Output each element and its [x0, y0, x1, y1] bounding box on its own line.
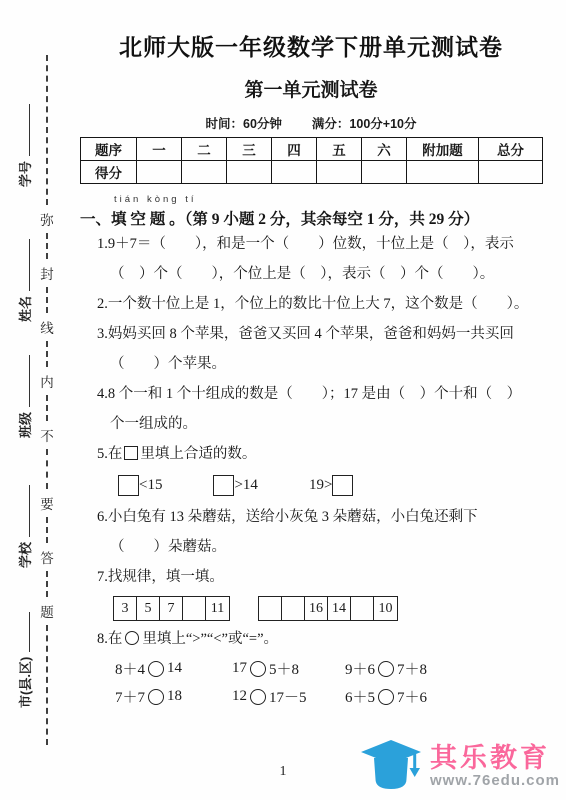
seal-char: 答 — [40, 547, 54, 567]
expression: 8＋414 — [115, 658, 232, 679]
compare-circle — [250, 689, 266, 705]
question-4-line2: 个一组成的。 — [97, 409, 542, 439]
expr-left: 8＋4 — [115, 658, 145, 679]
question-7-text: 7.找规律，填一填。 — [97, 569, 224, 585]
question-3-line1: 3.妈妈买回 8 个苹果，爸爸又买回 4 个苹果，爸爸和妈妈一共买回 — [97, 326, 514, 342]
score-header-cell: 二 — [182, 138, 227, 161]
question-2: 2.一个数十位上是 1，个位上的数比十位上大 7，这个数是（ ）。 — [80, 289, 542, 319]
class-label: 班级 — [15, 412, 34, 438]
seal-dash — [46, 395, 48, 421]
seal-dash — [46, 449, 48, 489]
student-id-blank-line — [18, 104, 30, 156]
test-paper-page: 学号 姓名 班级 学校 市(县.区) 弥 封 线 内 不 要 答 题 北师大版一… — [0, 0, 566, 800]
seal-char: 题 — [40, 601, 54, 621]
question-6-line1: 6.小白兔有 13 朵蘑菇，送给小灰兔 3 朵蘑菇，小白兔还剩下 — [97, 509, 478, 525]
question-8-expressions: 8＋414 175＋8 9＋67＋8 7＋718 1217－5 6＋57＋6 — [80, 658, 542, 707]
question-1-line1: 1.9＋7＝（ ），和是一个（ ）位数，十位上是（ ），表示 — [97, 236, 514, 252]
student-id-label: 学号 — [15, 161, 34, 187]
score-empty-cell — [227, 161, 272, 184]
question-8: 8.在里填上“>”“<”或“=”。 — [80, 624, 542, 654]
number-strip-2: 16 14 10 — [258, 596, 398, 621]
number-strip-1: 3 5 7 11 — [113, 596, 230, 621]
graduation-cap-icon — [359, 738, 425, 794]
seal-dash — [46, 517, 48, 543]
score-empty-cell — [272, 161, 317, 184]
expr-right: 17－5 — [269, 686, 307, 707]
score-empty-cell — [137, 161, 182, 184]
seal-char: 要 — [40, 493, 54, 513]
strip-cell — [259, 597, 282, 620]
section-one-heading-text: 一、填 空 题 。（第 9 小题 2 分，其余每空 1 分，共 29 分） — [80, 211, 479, 228]
score-table-score-row: 得分 — [81, 161, 543, 184]
question-8-pre: 8.在 — [97, 631, 122, 647]
expr-right: 5＋8 — [269, 658, 299, 679]
score-header-cell: 六 — [362, 138, 407, 161]
expr-right: 7＋6 — [397, 686, 427, 707]
logo-text: 其乐教育 www.76edu.com — [430, 744, 560, 789]
main-content: 北师大版一年级数学下册单元测试卷 第一单元测试卷 时间：60分钟 满分：100分… — [80, 30, 542, 707]
publisher-logo: 其乐教育 www.76edu.com — [359, 738, 560, 794]
compare-circle — [378, 661, 394, 677]
seal-dash — [46, 233, 48, 259]
strip-cell — [351, 597, 374, 620]
fill-box — [213, 475, 234, 496]
class-blank-line — [18, 355, 30, 407]
expr-right: 7＋8 — [397, 658, 427, 679]
expression: 175＋8 — [232, 658, 345, 679]
score-header-cell: 五 — [317, 138, 362, 161]
compare-pre: 19> — [309, 477, 332, 494]
sidebar-field-district: 市(县.区) — [14, 588, 34, 708]
section-one-heading: tián kòng tí 一、填 空 题 。（第 9 小题 2 分，其余每空 1… — [80, 194, 542, 229]
seal-line: 弥 封 线 内 不 要 答 题 — [40, 55, 54, 745]
expr-right: 18 — [167, 688, 182, 705]
logo-name: 其乐教育 — [430, 744, 550, 772]
expression: 1217－5 — [232, 686, 345, 707]
compare-post: <15 — [139, 477, 162, 494]
score-empty-cell — [182, 161, 227, 184]
unit-subtitle: 第一单元测试卷 — [80, 78, 542, 104]
score-header-cell: 一 — [137, 138, 182, 161]
district-label: 市(县.区) — [15, 657, 34, 708]
sidebar-field-student-id: 学号 — [14, 87, 34, 187]
question-5: 5.在里填上合适的数。 — [80, 439, 542, 469]
score-empty-cell — [479, 161, 543, 184]
question-2-text: 2.一个数十位上是 1，个位上的数比十位上大 7，这个数是（ ）。 — [97, 296, 528, 312]
question-5-post: 里填上合适的数。 — [140, 446, 256, 462]
seal-char: 封 — [40, 263, 54, 283]
compare-circle — [378, 689, 394, 705]
fill-box — [118, 475, 139, 496]
question-8-post: 里填上“>”“<”或“=”。 — [142, 631, 278, 647]
score-table: 题序 一 二 三 四 五 六 附加题 总分 得分 — [80, 137, 543, 184]
seal-dash — [46, 571, 48, 597]
sidebar-field-class: 班级 — [14, 338, 34, 438]
question-1: 1.9＋7＝（ ），和是一个（ ）位数，十位上是（ ），表示 （ ）个（ ），个… — [80, 229, 542, 289]
question-5-pre: 5.在 — [97, 446, 122, 462]
score-header-cell: 总分 — [479, 138, 543, 161]
expr-left: 7＋7 — [115, 686, 145, 707]
question-6-line2: （ ）朵蘑菇。 — [97, 532, 542, 562]
seal-dash — [46, 55, 48, 205]
score-header-cell: 四 — [272, 138, 317, 161]
strip-cell: 5 — [137, 597, 160, 620]
strip-cell: 7 — [160, 597, 183, 620]
exam-meta: 时间：60分钟 满分：100分+10分 — [80, 114, 542, 132]
fill-box — [332, 475, 353, 496]
strip-cell: 3 — [114, 597, 137, 620]
district-blank-line — [18, 612, 30, 652]
seal-char: 线 — [40, 317, 54, 337]
question-5-answers: <15 >14 19> — [80, 469, 542, 502]
question-7: 7.找规律，填一填。 — [80, 562, 542, 592]
score-header-cell: 题序 — [81, 138, 137, 161]
expr-left: 6＋5 — [345, 686, 375, 707]
seal-char: 不 — [40, 425, 54, 445]
strip-cell — [282, 597, 305, 620]
expr-left: 17 — [232, 660, 247, 677]
question-6: 6.小白兔有 13 朵蘑菇，送给小灰兔 3 朵蘑菇，小白兔还剩下 （ ）朵蘑菇。 — [80, 502, 542, 562]
score-empty-cell — [317, 161, 362, 184]
score-header-cell: 三 — [227, 138, 272, 161]
page-title: 北师大版一年级数学下册单元测试卷 — [80, 30, 542, 64]
compare-item: >14 — [213, 475, 257, 496]
expr-left: 9＋6 — [345, 658, 375, 679]
compare-post: >14 — [234, 477, 257, 494]
compare-item: 19> — [309, 475, 353, 496]
compare-circle-icon — [125, 631, 139, 645]
score-empty-cell — [407, 161, 479, 184]
question-3-line2: （ ）个苹果。 — [97, 349, 542, 379]
seal-dash — [46, 625, 48, 745]
time-label: 时间：60分钟 — [206, 114, 282, 132]
expression: 6＋57＋6 — [345, 686, 542, 707]
strip-cell — [183, 597, 206, 620]
school-blank-line — [18, 485, 30, 537]
question-1-line2: （ ）个（ ），个位上是（ ），表示（ ）个（ ）。 — [97, 259, 542, 289]
school-label: 学校 — [15, 542, 34, 568]
sidebar-field-name: 姓名 — [14, 222, 34, 322]
compare-item: <15 — [118, 475, 162, 496]
seal-dash — [46, 341, 48, 367]
question-7-strips: 3 5 7 11 16 14 10 — [80, 596, 542, 621]
strip-cell: 14 — [328, 597, 351, 620]
expression: 7＋718 — [115, 686, 232, 707]
score-header-cell: 附加题 — [407, 138, 479, 161]
pinyin-annotation: tián kòng tí — [114, 194, 196, 205]
score-row-label: 得分 — [81, 161, 137, 184]
compare-circle — [148, 689, 164, 705]
compare-circle — [250, 661, 266, 677]
question-3: 3.妈妈买回 8 个苹果，爸爸又买回 4 个苹果，爸爸和妈妈一共买回 （ ）个苹… — [80, 319, 542, 379]
fill-box-icon — [124, 446, 138, 460]
name-label: 姓名 — [15, 296, 34, 322]
strip-cell: 10 — [374, 597, 397, 620]
strip-cell: 11 — [206, 597, 229, 620]
score-empty-cell — [362, 161, 407, 184]
seal-dash — [46, 287, 48, 313]
question-4-line1: 4.8 个一和 1 个十组成的数是（ ）；17 是由（ ）个十和（ ） — [97, 386, 521, 402]
expr-right: 14 — [167, 660, 182, 677]
question-4: 4.8 个一和 1 个十组成的数是（ ）；17 是由（ ）个十和（ ） 个一组成… — [80, 379, 542, 439]
expression: 9＋67＋8 — [345, 658, 542, 679]
name-blank-line — [18, 239, 30, 291]
compare-circle — [148, 661, 164, 677]
seal-char: 弥 — [40, 209, 54, 229]
logo-url: www.76edu.com — [430, 772, 560, 789]
sidebar-field-school: 学校 — [14, 468, 34, 568]
seal-char: 内 — [40, 371, 54, 391]
expr-left: 12 — [232, 688, 247, 705]
full-score-label: 满分：100分+10分 — [312, 114, 417, 132]
strip-cell: 16 — [305, 597, 328, 620]
score-table-header-row: 题序 一 二 三 四 五 六 附加题 总分 — [81, 138, 543, 161]
